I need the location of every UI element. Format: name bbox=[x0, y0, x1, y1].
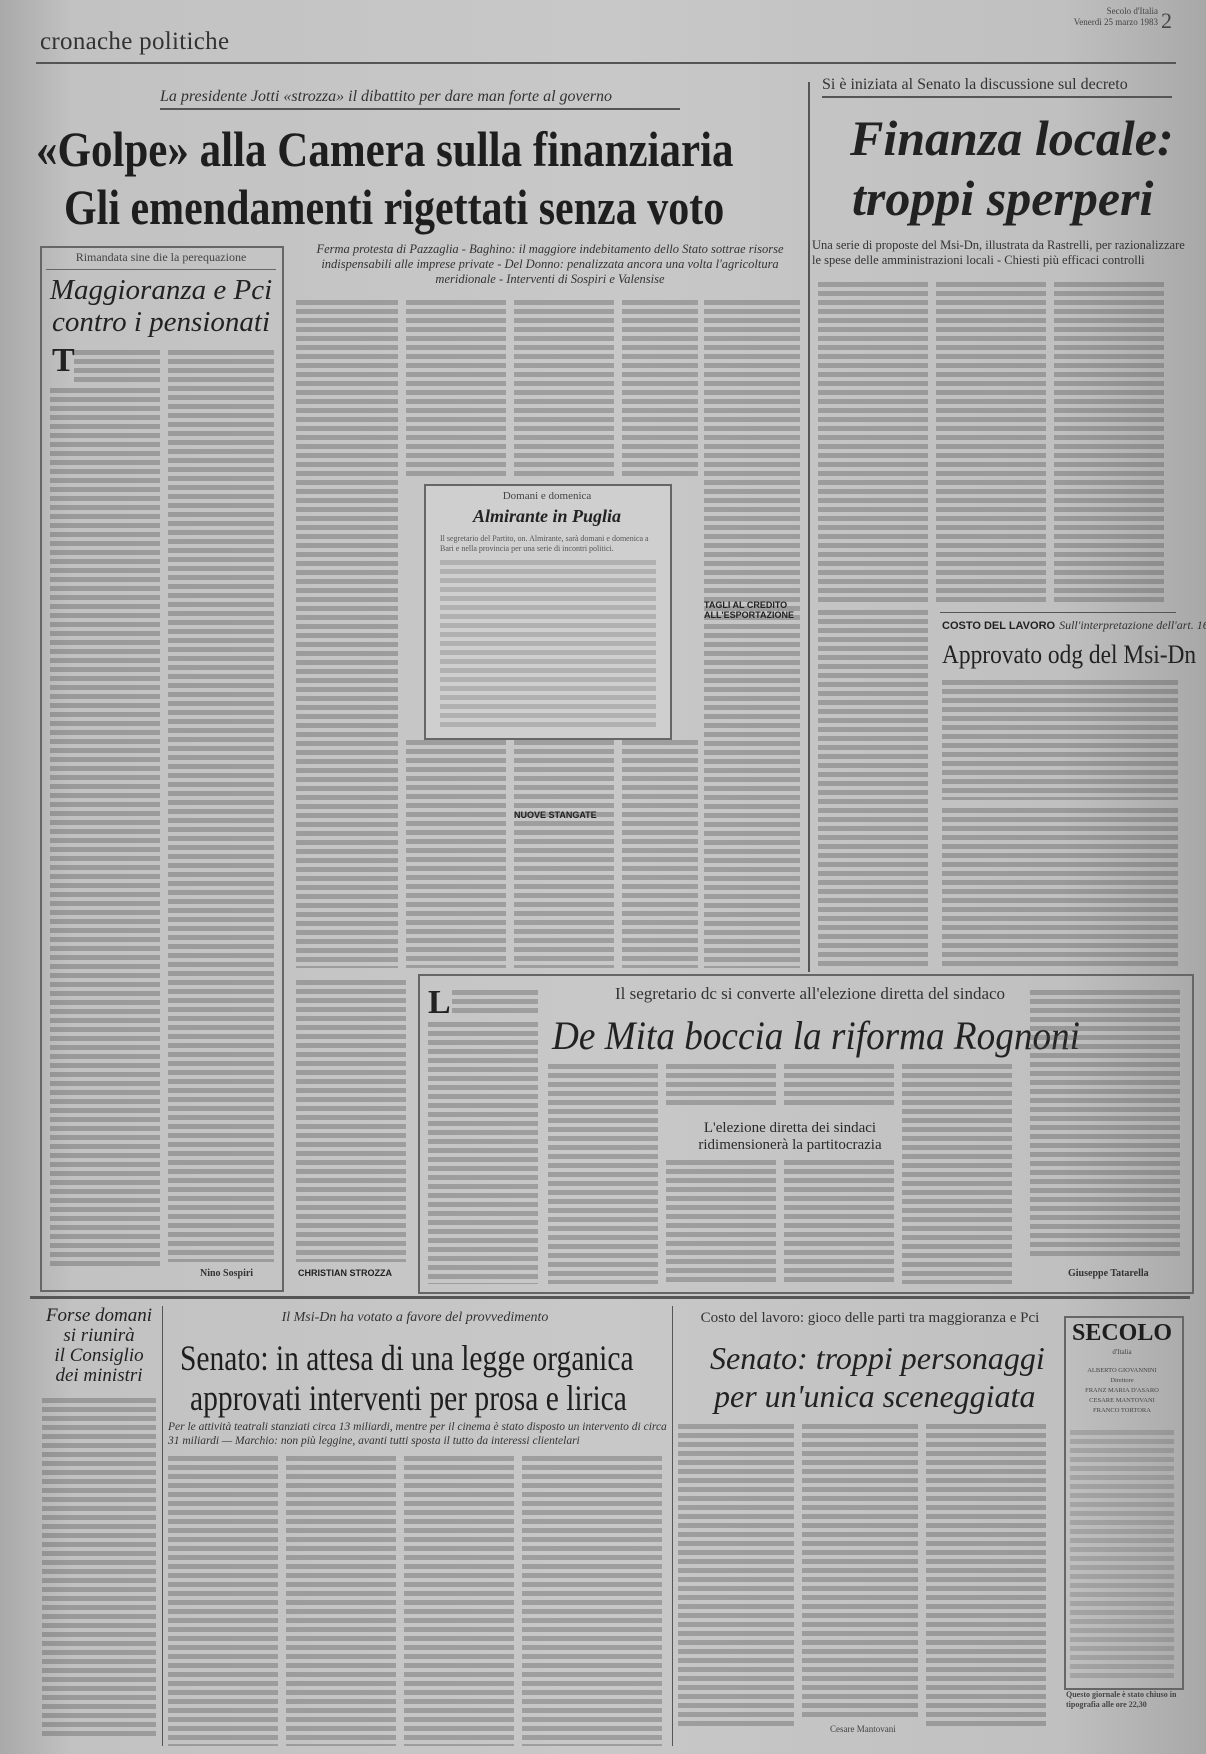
finanza-headline-1: Finanza locale: bbox=[850, 112, 1174, 164]
prosa-body-text bbox=[286, 1456, 396, 1746]
demita-subhead: L'elezione diretta dei sindaci ridimensi… bbox=[680, 1120, 900, 1154]
pensioners-signature: Nino Sospiri bbox=[200, 1268, 253, 1279]
lead-deck: Ferma protesta di Pazzaglia - Baghino: i… bbox=[292, 242, 808, 287]
costo-rule bbox=[940, 612, 1176, 613]
prosa-deck: Per le attività teatrali stanziati circa… bbox=[168, 1420, 668, 1448]
demita-headline: De Mita boccia la riforma Rognoni bbox=[552, 1012, 1080, 1059]
newspaper-page: cronache politiche Secolo d'Italia Vener… bbox=[0, 0, 1206, 1754]
demita-signature: Giuseppe Tatarella bbox=[1068, 1268, 1149, 1279]
demita-body-text bbox=[428, 1022, 538, 1284]
lead-body-text bbox=[622, 740, 698, 968]
finanza-body-text bbox=[936, 282, 1046, 602]
personaggi-body-text bbox=[802, 1424, 918, 1720]
colophon-manager: FRANCO TORTORA bbox=[1066, 1406, 1178, 1416]
pensioners-kicker: Rimandata sine die la perequazione bbox=[46, 250, 276, 270]
subhead-stangate: NUOVE STANGATE bbox=[514, 810, 614, 820]
personaggi-footnote: Cesare Mantovani bbox=[830, 1724, 896, 1734]
personaggi-kicker: Costo del lavoro: gioco delle parti tra … bbox=[680, 1310, 1060, 1327]
subhead-credito: TAGLI AL CREDITO ALL'ESPORTAZIONE bbox=[704, 600, 800, 620]
lead-body-text bbox=[704, 300, 800, 968]
almirante-body-text bbox=[440, 560, 656, 730]
costo-headline: Approvato odg del Msi-Dn bbox=[942, 640, 1196, 670]
prosa-headline-2: approvati interventi per prosa e lirica bbox=[190, 1380, 627, 1416]
lead-headline-2: Gli emendamenti rigettati senza voto bbox=[64, 182, 724, 232]
almirante-kicker: Domani e domenica bbox=[428, 490, 666, 502]
pensioners-dropcap: T bbox=[52, 346, 75, 376]
lead-body-text bbox=[514, 740, 614, 968]
demita-subhead-line1: L'elezione diretta dei sindaci bbox=[680, 1120, 900, 1137]
colophon-codirector: FRANZ MARIA D'ASARO bbox=[1066, 1386, 1178, 1396]
lead-body-text bbox=[622, 300, 698, 480]
colophon-subtitle: d'Italia bbox=[1066, 1348, 1178, 1356]
finanza-headline-2: troppi sperperi bbox=[852, 172, 1153, 224]
demita-kicker: Il segretario dc si converte all'elezion… bbox=[560, 984, 1060, 1004]
almirante-body: Il segretario del Partito, on. Almirante… bbox=[440, 534, 656, 554]
newspaper-name: Secolo d'Italia bbox=[1074, 6, 1158, 17]
finanza-deck: Una serie di proposte del Msi-Dn, illust… bbox=[812, 238, 1188, 268]
pensioners-body-text bbox=[74, 350, 160, 386]
demita-body-text bbox=[784, 1160, 894, 1284]
lead-body-text bbox=[406, 300, 506, 480]
demita-body-text bbox=[666, 1160, 776, 1284]
pensioners-headline: Maggioranza e Pci contro i pensionati bbox=[48, 274, 274, 338]
prosa-body-text bbox=[404, 1456, 514, 1746]
demita-body-text bbox=[1030, 990, 1180, 1260]
demita-dropcap: L bbox=[428, 988, 451, 1018]
colophon-staff: ALBERTO GIOVANNINI Direttore FRANZ MARIA… bbox=[1066, 1366, 1178, 1416]
colophon-editor: CESARE MANTOVANI bbox=[1066, 1396, 1178, 1406]
lead-headline-1: «Golpe» alla Camera sulla finanziaria bbox=[36, 124, 734, 174]
colophon-title: SECOLO bbox=[1066, 1320, 1178, 1347]
issue-date: Venerdì 25 marzo 1983 bbox=[1074, 17, 1158, 28]
personaggi-body-text bbox=[678, 1424, 794, 1730]
pensioners-body-text bbox=[50, 388, 160, 1268]
colophon-director-role: Direttore bbox=[1066, 1376, 1178, 1386]
personaggi-headline-2: per un'unica sceneggiata bbox=[714, 1378, 1035, 1415]
lead-body-text bbox=[406, 740, 506, 968]
personaggi-headline-1: Senato: troppi personaggi bbox=[710, 1340, 1045, 1377]
finanza-kicker: Si è iniziata al Senato la discussione s… bbox=[822, 76, 1172, 98]
consiglio-headline-line4: dei ministri bbox=[40, 1366, 158, 1386]
consiglio-headline-line2: si riunirà bbox=[40, 1326, 158, 1346]
consiglio-headline-line1: Forse domani bbox=[40, 1306, 158, 1326]
consiglio-headline: Forse domani si riunirà il Consiglio dei… bbox=[40, 1306, 158, 1386]
prosa-kicker: Il Msi-Dn ha votato a favore del provved… bbox=[170, 1310, 660, 1326]
demita-body-text bbox=[548, 1064, 658, 1284]
masthead-meta: Secolo d'Italia Venerdì 25 marzo 1983 bbox=[1074, 6, 1158, 28]
finanza-body-text bbox=[818, 610, 928, 968]
pensioners-body-text bbox=[168, 350, 274, 1262]
costo-body-text bbox=[942, 808, 1178, 968]
colophon-body-text bbox=[1070, 1430, 1174, 1680]
demita-body-text bbox=[666, 1064, 776, 1108]
demita-body-text bbox=[784, 1064, 894, 1108]
consiglio-headline-line3: il Consiglio bbox=[40, 1346, 158, 1366]
personaggi-body-text bbox=[926, 1424, 1046, 1730]
lead-body-text bbox=[296, 300, 398, 968]
almirante-headline: Almirante in Puglia bbox=[428, 506, 666, 527]
demita-subhead-line2: ridimensionerà la partitocrazia bbox=[680, 1137, 900, 1154]
bottom-section-rule bbox=[30, 1296, 1190, 1299]
lead-body-text bbox=[514, 300, 614, 480]
prosa-body-text bbox=[168, 1456, 278, 1746]
prosa-headline-1: Senato: in attesa di una legge organica bbox=[180, 1340, 634, 1376]
demita-body-text bbox=[452, 990, 538, 1016]
costo-body-text bbox=[942, 680, 1178, 800]
costo-label: COSTO DEL LAVORO bbox=[942, 620, 1055, 632]
lead-body-text bbox=[296, 980, 406, 1262]
consiglio-body-text bbox=[42, 1398, 156, 1738]
costo-kicker: Sull'interpretazione dell'art. 16 bbox=[1059, 618, 1206, 632]
page-number: 2 bbox=[1161, 8, 1172, 34]
section-title: cronache politiche bbox=[40, 28, 229, 56]
finanza-body-text bbox=[818, 282, 928, 602]
column-divider bbox=[808, 82, 810, 972]
costo-header: COSTO DEL LAVORO Sull'interpretazione de… bbox=[942, 616, 1182, 634]
column-divider bbox=[162, 1306, 163, 1746]
finanza-body-text bbox=[1054, 282, 1164, 602]
column-divider bbox=[672, 1306, 673, 1746]
colophon-director: ALBERTO GIOVANNINI bbox=[1066, 1366, 1178, 1376]
demita-body-text bbox=[902, 1064, 1012, 1284]
header-rule bbox=[36, 62, 1176, 64]
colophon-notice: Questo giornale è stato chiuso in tipogr… bbox=[1066, 1690, 1180, 1710]
lead-kicker: La presidente Jotti «strozza» il dibatti… bbox=[160, 88, 680, 110]
lead-signature: CHRISTIAN STROZZA bbox=[298, 1268, 392, 1278]
prosa-body-text bbox=[522, 1456, 662, 1746]
